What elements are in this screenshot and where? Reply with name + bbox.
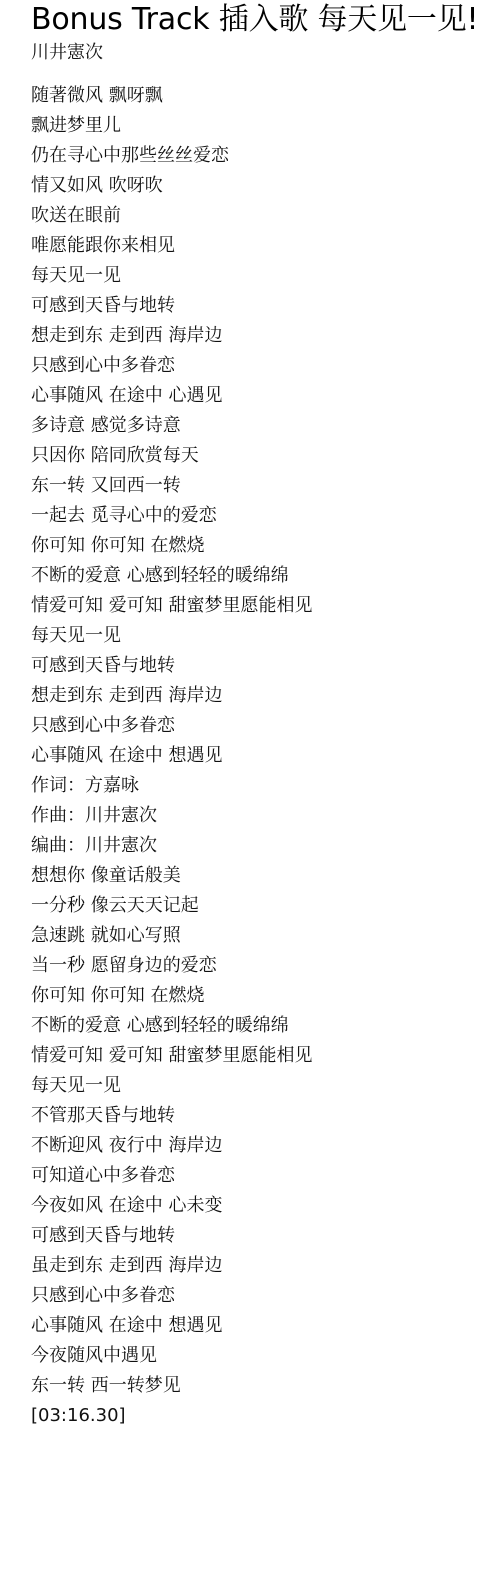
lyric-line: 吹送在眼前 xyxy=(31,201,500,231)
lyric-line: 只感到心中多眷恋 xyxy=(31,351,500,381)
lyric-line: 可感到天昏与地转 xyxy=(31,1221,500,1251)
lyric-line: 东一转 西一转梦见 xyxy=(31,1371,500,1401)
lyrics-page: Bonus Track 插入歌 每天见一见! 川井憲次 随著微风 飘呀飘飘进梦里… xyxy=(31,0,500,1431)
lyric-line: 情爱可知 爱可知 甜蜜梦里愿能相见 xyxy=(31,591,500,621)
lyric-line: 不管那天昏与地转 xyxy=(31,1101,500,1131)
song-title: Bonus Track 插入歌 每天见一见! xyxy=(31,0,500,38)
lyric-line: [03:16.30] xyxy=(31,1401,500,1431)
lyric-line: 可感到天昏与地转 xyxy=(31,291,500,321)
lyric-line: 当一秒 愿留身边的爱恋 xyxy=(31,951,500,981)
lyric-line: 今夜随风中遇见 xyxy=(31,1341,500,1371)
lyric-line: 想想你 像童话般美 xyxy=(31,861,500,891)
lyric-line: 编曲：川井憲次 xyxy=(31,831,500,861)
lyric-line: 东一转 又回西一转 xyxy=(31,471,500,501)
lyric-line: 只因你 陪同欣赏每天 xyxy=(31,441,500,471)
lyric-line: 每天见一见 xyxy=(31,1071,500,1101)
lyric-line: 不断的爱意 心感到轻轻的暖绵绵 xyxy=(31,561,500,591)
lyric-line: 多诗意 感觉多诗意 xyxy=(31,411,500,441)
lyrics-list: 随著微风 飘呀飘飘进梦里儿仍在寻心中那些丝丝爱恋情又如风 吹呀吹吹送在眼前唯愿能… xyxy=(31,81,500,1431)
lyric-line: 心事随风 在途中 心遇见 xyxy=(31,381,500,411)
lyric-line: 虽走到东 走到西 海岸边 xyxy=(31,1251,500,1281)
lyric-line: 急速跳 就如心写照 xyxy=(31,921,500,951)
lyric-line: 想走到东 走到西 海岸边 xyxy=(31,681,500,711)
lyric-line: 飘进梦里儿 xyxy=(31,111,500,141)
lyric-line: 每天见一见 xyxy=(31,621,500,651)
lyric-line: 今夜如风 在途中 心未变 xyxy=(31,1191,500,1221)
lyric-line: 心事随风 在途中 想遇见 xyxy=(31,741,500,771)
lyric-line: 随著微风 飘呀飘 xyxy=(31,81,500,111)
lyric-line: 不断迎风 夜行中 海岸边 xyxy=(31,1131,500,1161)
artist-name: 川井憲次 xyxy=(31,38,500,68)
lyric-line: 想走到东 走到西 海岸边 xyxy=(31,321,500,351)
lyric-line: 一起去 觅寻心中的爱恋 xyxy=(31,501,500,531)
lyric-line: 每天见一见 xyxy=(31,261,500,291)
lyric-line: 不断的爱意 心感到轻轻的暖绵绵 xyxy=(31,1011,500,1041)
lyric-line: 一分秒 像云天天记起 xyxy=(31,891,500,921)
lyric-line: 只感到心中多眷恋 xyxy=(31,711,500,741)
lyric-line: 作曲：川井憲次 xyxy=(31,801,500,831)
lyric-line: 情爱可知 爱可知 甜蜜梦里愿能相见 xyxy=(31,1041,500,1071)
lyric-line: 可知道心中多眷恋 xyxy=(31,1161,500,1191)
lyric-line: 只感到心中多眷恋 xyxy=(31,1281,500,1311)
lyric-line: 仍在寻心中那些丝丝爱恋 xyxy=(31,141,500,171)
lyric-line: 情又如风 吹呀吹 xyxy=(31,171,500,201)
lyric-line: 唯愿能跟你来相见 xyxy=(31,231,500,261)
lyric-line: 可感到天昏与地转 xyxy=(31,651,500,681)
lyric-line: 你可知 你可知 在燃烧 xyxy=(31,981,500,1011)
lyric-line: 你可知 你可知 在燃烧 xyxy=(31,531,500,561)
lyric-line: 作词：方嘉咏 xyxy=(31,771,500,801)
lyric-line: 心事随风 在途中 想遇见 xyxy=(31,1311,500,1341)
